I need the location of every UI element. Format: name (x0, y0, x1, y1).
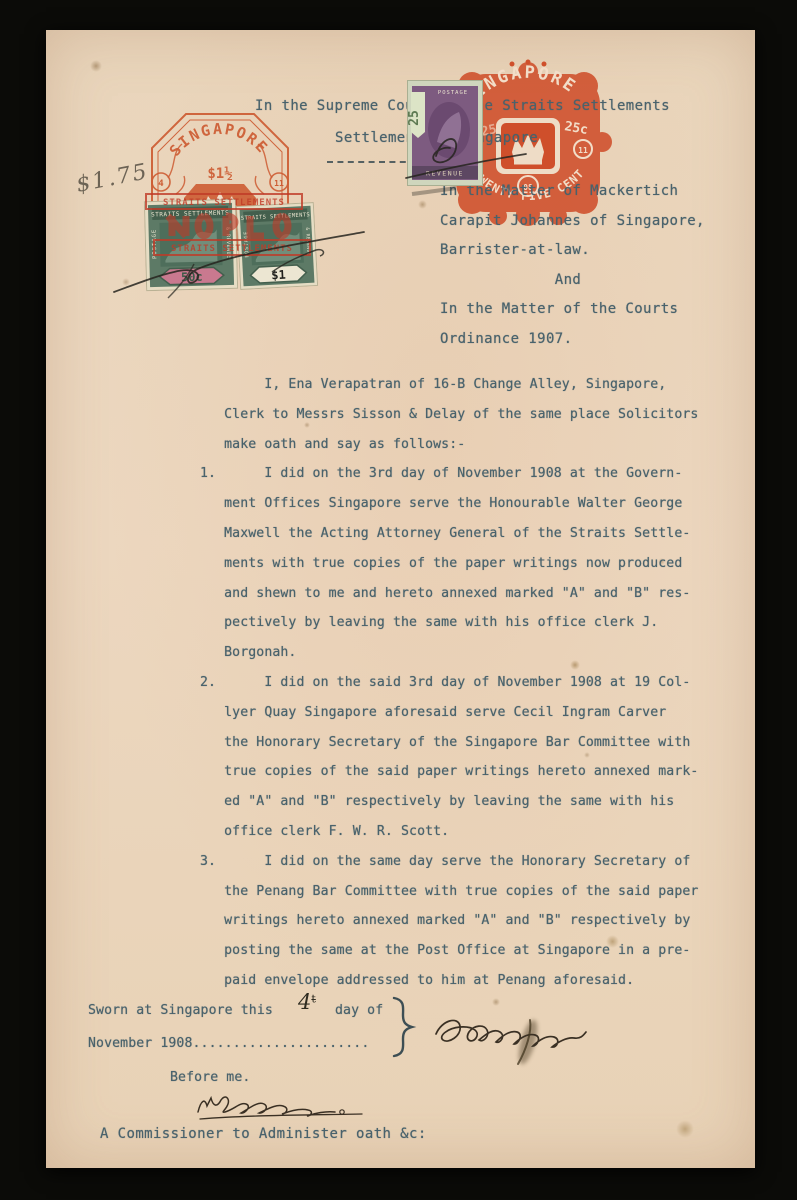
jurat-date-line: November 1908...................... (88, 1036, 369, 1051)
body-line: Maxwell the Acting Attorney General of t… (200, 519, 698, 549)
document-page: $1.75 In the Supreme Court of the Strait… (46, 30, 755, 1168)
body-line: Borgonah. (200, 638, 698, 668)
body-line: and shewn to me and hereto annexed marke… (200, 579, 698, 609)
body-line: ment Offices Singapore serve the Honoura… (200, 489, 698, 519)
photo-background: $1.75 In the Supreme Court of the Strait… (0, 0, 797, 1200)
handwritten-day-numeral: 4 (298, 990, 311, 1014)
body-line: posting the same at the Post Office at S… (200, 936, 698, 966)
cancellation-scribble-left (76, 180, 386, 310)
matter-line: Ordinance 1907. (440, 325, 705, 355)
handwritten-day-suffix: t (311, 993, 315, 1006)
body-line: I, Ena Verapatran of 16-B Change Alley, … (200, 370, 698, 400)
body-line: the Honorary Secretary of the Singapore … (200, 728, 698, 758)
matter-line: And (440, 266, 705, 296)
body-line: pectively by leaving the same with his o… (200, 608, 698, 638)
body-line: true copies of the said paper writings h… (200, 757, 698, 787)
jurat-sworn-line: Sworn at Singapore this (88, 1003, 273, 1018)
commissioner-signature (190, 1088, 375, 1130)
jurat-before-me: Before me. (170, 1070, 250, 1085)
matter-line: In the Matter of the Courts (440, 295, 705, 325)
foxing-spot (676, 1120, 694, 1138)
body-line: writings hereto annexed marked "A" and "… (200, 906, 698, 936)
body-line: 2. I did on the said 3rd day of November… (200, 668, 698, 698)
body-line: ed "A" and "B" respectively by leaving t… (200, 787, 698, 817)
foxing-spot (492, 998, 500, 1006)
matter-line: Barrister-at-law. (440, 236, 705, 266)
body-line: 3. I did on the same day serve the Honor… (200, 847, 698, 877)
affidavit-body: I, Ena Verapatran of 16-B Change Alley, … (200, 370, 698, 996)
body-line: 1. I did on the 3rd day of November 1908… (200, 459, 698, 489)
jurat-day-of: day of (335, 1003, 383, 1018)
body-line: the Penang Bar Committee with true copie… (200, 877, 698, 907)
body-line: office clerk F. W. R. Scott. (200, 817, 698, 847)
foxing-spot (90, 60, 102, 72)
cancellation-scribble-right (398, 108, 618, 218)
body-line: Clerk to Messrs Sisson & Delay of the sa… (200, 400, 698, 430)
body-line: paid envelope addressed to him at Penang… (200, 966, 698, 996)
body-line: make oath and say as follows:- (200, 430, 698, 460)
handwritten-day: 4t (298, 990, 316, 1014)
jurat-brace (389, 996, 417, 1058)
deponent-signature (430, 1006, 590, 1068)
body-line: lyer Quay Singapore aforesaid serve Ceci… (200, 698, 698, 728)
stamp-top-text: POSTAGE (438, 90, 468, 96)
body-line: ments with true copies of the paper writ… (200, 549, 698, 579)
